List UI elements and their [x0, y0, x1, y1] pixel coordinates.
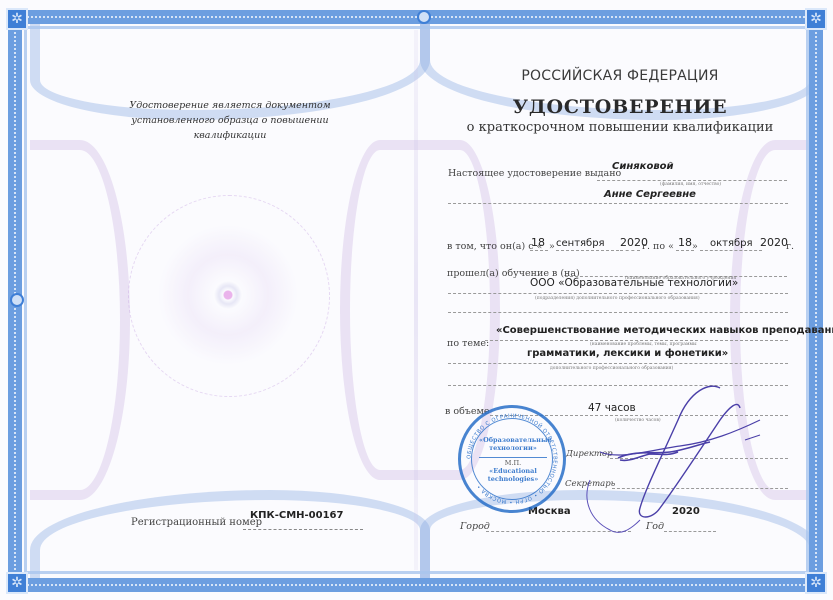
to-month-line — [700, 250, 762, 251]
institution-hint-2: (подразделения) дополнительного професси… — [535, 296, 700, 301]
corner-gear-icon: ✲ — [6, 572, 28, 594]
director-signature — [560, 380, 780, 540]
surname-hint: (фамилия, имя, отчество) — [660, 182, 721, 187]
to-year: 2020 — [760, 236, 788, 249]
surname-line — [597, 180, 787, 181]
topic-hint-2: дополнительного профессионального образо… — [550, 366, 673, 371]
from-day-line — [530, 250, 548, 251]
topic-underline-2 — [448, 363, 788, 364]
stamp-name-ru: «Образовательные технологии» — [479, 436, 547, 452]
to-month: октября — [710, 238, 753, 249]
stamp-mp: М.П. — [479, 457, 547, 467]
official-stamp: ОБЩЕСТВО С ОГРАНИЧЕННОЙ ОТВЕТСТВЕННОСТЬЮ… — [458, 405, 566, 513]
issued-to-label: Настоящее удостоверение выдано — [448, 168, 621, 179]
from-day: 18 — [531, 236, 545, 249]
stamp-name-en: «Educational technologies» — [479, 467, 547, 483]
topic-line-2: грамматики, лексики и фонетики» — [527, 348, 728, 359]
country-heading: РОССИЙСКАЯ ФЕДЕРАЦИЯ — [440, 68, 800, 84]
from-year-line — [620, 250, 640, 251]
period-prefix: в том, что он(а) с « — [447, 241, 542, 252]
topic-underline-1 — [485, 340, 788, 341]
from-month-line — [556, 250, 619, 251]
topic-line-1: «Совершенствование методических навыков … — [496, 325, 833, 336]
institution-name: ООО «Образовательные технологии» — [530, 277, 738, 289]
institution-line-2 — [448, 293, 788, 294]
period-end: г. — [786, 241, 794, 252]
topic-label: по теме: — [447, 338, 489, 349]
corner-gear-icon: ✲ — [805, 572, 827, 594]
note-line-1: Удостоверение является документом — [100, 98, 360, 113]
document-subtitle: о краткосрочном повышении квалификации — [440, 120, 800, 135]
corner-gear-icon: ✲ — [6, 8, 28, 30]
to-day: 18 — [678, 236, 692, 249]
certificate-sheet: ✲ ✲ ✲ ✲ Удостоверение является документо… — [0, 0, 833, 600]
name-line — [448, 203, 788, 204]
topic-hint-1: (наименование проблемы, темы, программы — [590, 342, 697, 347]
from-month: сентября — [556, 238, 605, 249]
period-mid: г. по « — [642, 241, 674, 252]
document-title: УДОСТОВЕРЕНИЕ — [440, 96, 800, 118]
left-page-note: Удостоверение является документом устано… — [100, 98, 360, 143]
registration-number: КПК-СМН-00167 — [250, 510, 343, 521]
registration-line — [243, 529, 363, 530]
quote-close: » — [692, 241, 698, 252]
recipient-name: Анне Сергеевне — [604, 189, 696, 200]
note-line-2: установленного образца о повышении квали… — [100, 113, 360, 143]
border-ornament-icon — [10, 293, 24, 307]
border-ornament-icon — [417, 10, 431, 24]
topic-line-0 — [448, 312, 788, 313]
registration-label: Регистрационный номер — [131, 517, 262, 528]
corner-gear-icon: ✲ — [805, 8, 827, 30]
quote-close: » — [549, 241, 555, 252]
recipient-surname: Синяковой — [612, 161, 674, 172]
